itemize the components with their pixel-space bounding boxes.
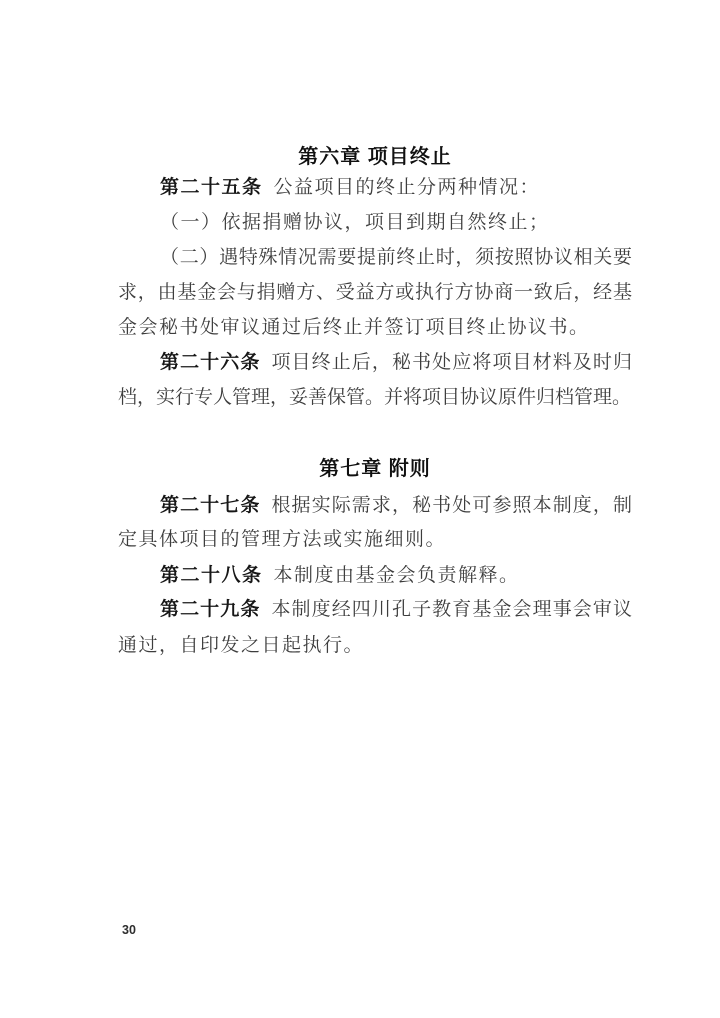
article-27-number: 第二十七条 <box>160 495 260 516</box>
article-26-line-1: 第二十六条项目终止后，秘书处应将项目材料及时归 <box>118 345 632 380</box>
article-26-text: 项目终止后，秘书处应将项目材料及时归 <box>271 352 632 373</box>
article-25-item-1: （一）依据捐赠协议，项目到期自然终止； <box>118 205 632 240</box>
document-page: 第六章 项目终止 第二十五条公益项目的终止分两种情况： （一）依据捐赠协议，项目… <box>0 0 720 1018</box>
article-27-line-2: 定具体项目的管理方法或实施细则。 <box>118 522 632 557</box>
article-25-item-2-line-2: 求，由基金会与捐赠方、受益方或执行方协商一致后，经基 <box>118 275 632 310</box>
article-29-text: 本制度经四川孔子教育基金会理事会审议 <box>271 599 632 620</box>
article-29-line-2: 通过，自印发之日起执行。 <box>118 628 632 663</box>
chapter-7-heading: 第七章 附则 <box>118 452 632 487</box>
article-27-line-1: 第二十七条根据实际需求，秘书处可参照本制度，制 <box>118 488 632 523</box>
article-27-text: 根据实际需求，秘书处可参照本制度，制 <box>271 495 632 516</box>
page-number: 30 <box>122 923 136 937</box>
article-28-line-1: 第二十八条本制度由基金会负责解释。 <box>118 558 632 593</box>
article-25-line-1: 第二十五条公益项目的终止分两种情况： <box>118 170 632 205</box>
article-25-text: 公益项目的终止分两种情况： <box>274 177 541 198</box>
article-28-text: 本制度由基金会负责解释。 <box>274 565 520 586</box>
article-29-number: 第二十九条 <box>160 599 260 620</box>
article-26-line-2: 档，实行专人管理，妥善保管。并将项目协议原件归档管理。 <box>118 380 632 415</box>
article-26-number: 第二十六条 <box>160 352 260 373</box>
article-28-number: 第二十八条 <box>160 565 263 586</box>
article-25-item-2-line-1: （二）遇特殊情况需要提前终止时，须按照协议相关要 <box>118 240 632 275</box>
article-25-item-2-line-3: 金会秘书处审议通过后终止并签订项目终止协议书。 <box>118 310 632 345</box>
article-25-number: 第二十五条 <box>160 177 263 198</box>
article-29-line-1: 第二十九条本制度经四川孔子教育基金会理事会审议 <box>118 592 632 627</box>
